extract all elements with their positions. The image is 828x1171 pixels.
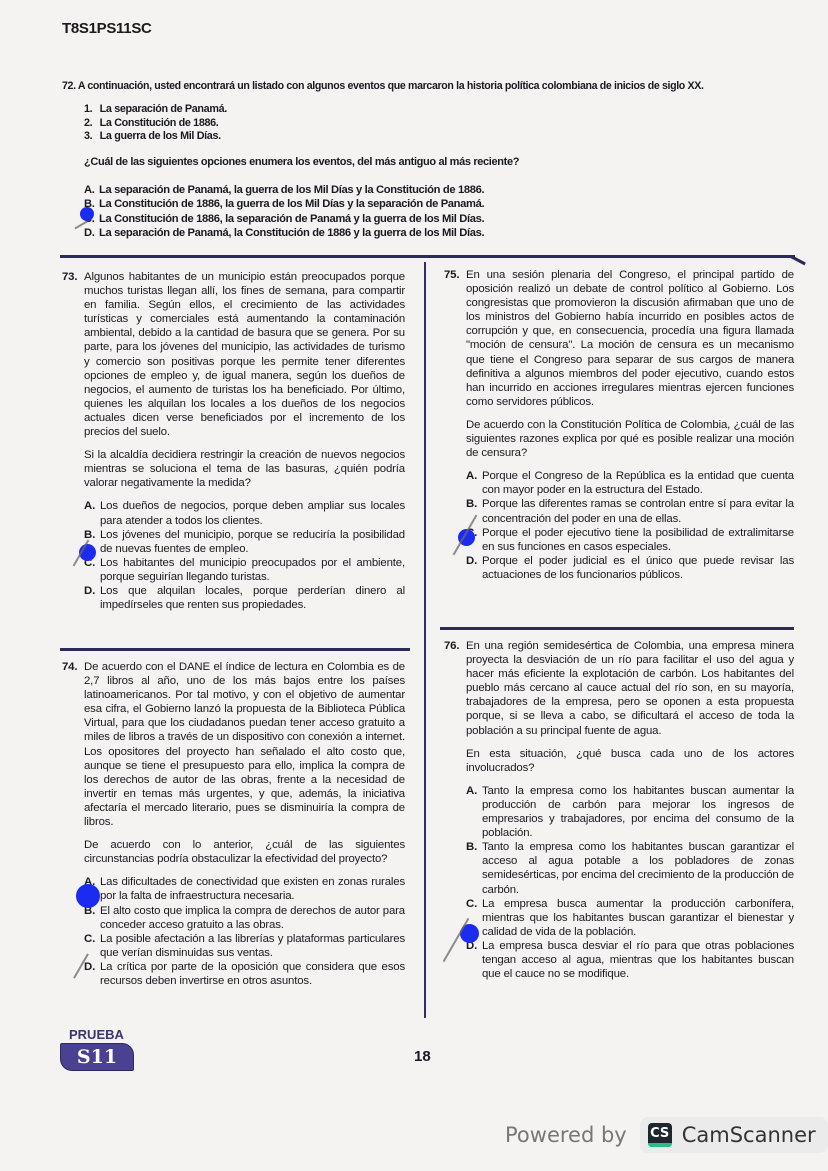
option-b[interactable]: B.Tanto la empresa como los habitantes b… [466, 840, 794, 896]
q73-options: A.Los dueños de negocios, porque deben a… [62, 499, 405, 612]
camscanner-brand: CamScanner [682, 1123, 816, 1147]
question-74: 74.De acuerdo con el DANE el índice de l… [62, 660, 405, 988]
option-b[interactable]: B.La Constitución de 1886, la guerra de … [84, 197, 792, 212]
camscanner-logo-icon: CS [648, 1123, 672, 1147]
question-75: 75.En una sesión plenaria del Congreso, … [444, 268, 794, 582]
document-code: T8S1PS11SC [62, 20, 152, 37]
camscanner-watermark: Powered by CS CamScanner [505, 1117, 828, 1153]
option-a[interactable]: A.Los dueños de negocios, porque deben a… [84, 499, 405, 527]
q75-stem: 75.En una sesión plenaria del Congreso, … [444, 268, 794, 409]
list-item: 2. La Constitución de 1886. [84, 117, 792, 131]
camscanner-pill: CS CamScanner [640, 1117, 828, 1153]
option-b[interactable]: B.Porque las diferentes ramas se control… [466, 497, 794, 525]
option-c[interactable]: C.La empresa busca aumentar la producció… [466, 897, 794, 939]
list-item: 3. La guerra de los Mil Días. [84, 130, 792, 144]
q73-stem: 73.Algunos habitantes de un municipio es… [62, 270, 405, 439]
q72-event-list: 1. La separación de Panamá. 2. La Consti… [84, 103, 792, 144]
option-a[interactable]: A.Porque el Congreso de la República es … [466, 469, 794, 497]
option-c[interactable]: C.La Constitución de 1886, la separación… [84, 212, 792, 227]
s11-badge: S11 [60, 1043, 134, 1071]
powered-by-label: Powered by [505, 1123, 627, 1147]
q75-question: De acuerdo con la Constitución Política … [444, 418, 794, 460]
q72-intro: 72. A continuación, usted encontrará un … [62, 80, 792, 93]
section-divider [60, 648, 410, 651]
q74-options: A.Las dificultades de conectividad que e… [62, 875, 405, 988]
q76-question: En esta situación, ¿qué busca cada uno d… [444, 747, 794, 775]
section-divider [60, 255, 795, 258]
option-d[interactable]: D.La empresa busca desviar el río para q… [466, 939, 794, 981]
answer-mark-q74 [76, 884, 100, 908]
answer-mark-q72 [80, 207, 94, 221]
option-c[interactable]: C.Porque el poder ejecutivo tiene la pos… [466, 526, 794, 554]
option-a[interactable]: A.Tanto la empresa como los habitantes b… [466, 784, 794, 840]
option-a[interactable]: A.La separación de Panamá, la guerra de … [84, 183, 792, 198]
q72-options: A.La separación de Panamá, la guerra de … [84, 183, 792, 241]
section-divider [440, 627, 794, 630]
option-b[interactable]: B.El alto costo que implica la compra de… [84, 904, 405, 932]
option-d[interactable]: D.Los que alquilan locales, porque perde… [84, 584, 405, 612]
question-73: 73.Algunos habitantes de un municipio es… [62, 270, 405, 612]
question-76: 76.En una región semidesértica de Colomb… [444, 639, 794, 981]
q74-stem: 74.De acuerdo con el DANE el índice de l… [62, 660, 405, 829]
column-divider [424, 262, 426, 1018]
option-b[interactable]: B.Los jóvenes del municipio, porque se r… [84, 528, 405, 556]
q75-options: A.Porque el Congreso de la República es … [444, 469, 794, 582]
option-d[interactable]: D.La crítica por parte de la oposición q… [84, 960, 405, 988]
question-72: 72. A continuación, usted encontrará un … [62, 80, 792, 241]
exam-page: T8S1PS11SC 72. A continuación, usted enc… [0, 0, 828, 1171]
prueba-label: PRUEBA [69, 1027, 134, 1042]
option-d[interactable]: D.La separación de Panamá, la Constituci… [84, 226, 792, 241]
option-c[interactable]: C.La posible afectación a las librerías … [84, 932, 405, 960]
option-d[interactable]: D.Porque el poder judicial es el único q… [466, 554, 794, 582]
q73-question: Si la alcaldía decidiera restringir la c… [62, 448, 405, 490]
page-number: 18 [414, 1048, 431, 1065]
option-a[interactable]: A.Las dificultades de conectividad que e… [84, 875, 405, 903]
q72-question: ¿Cuál de las siguientes opciones enumera… [84, 156, 792, 169]
option-c[interactable]: C.Los habitantes del municipio preocupad… [84, 556, 405, 584]
test-badge: PRUEBA S11 [60, 1027, 134, 1071]
q76-stem: 76.En una región semidesértica de Colomb… [444, 639, 794, 738]
list-item: 1. La separación de Panamá. [84, 103, 792, 117]
q74-question: De acuerdo con lo anterior, ¿cuál de las… [62, 838, 405, 866]
q76-options: A.Tanto la empresa como los habitantes b… [444, 784, 794, 981]
